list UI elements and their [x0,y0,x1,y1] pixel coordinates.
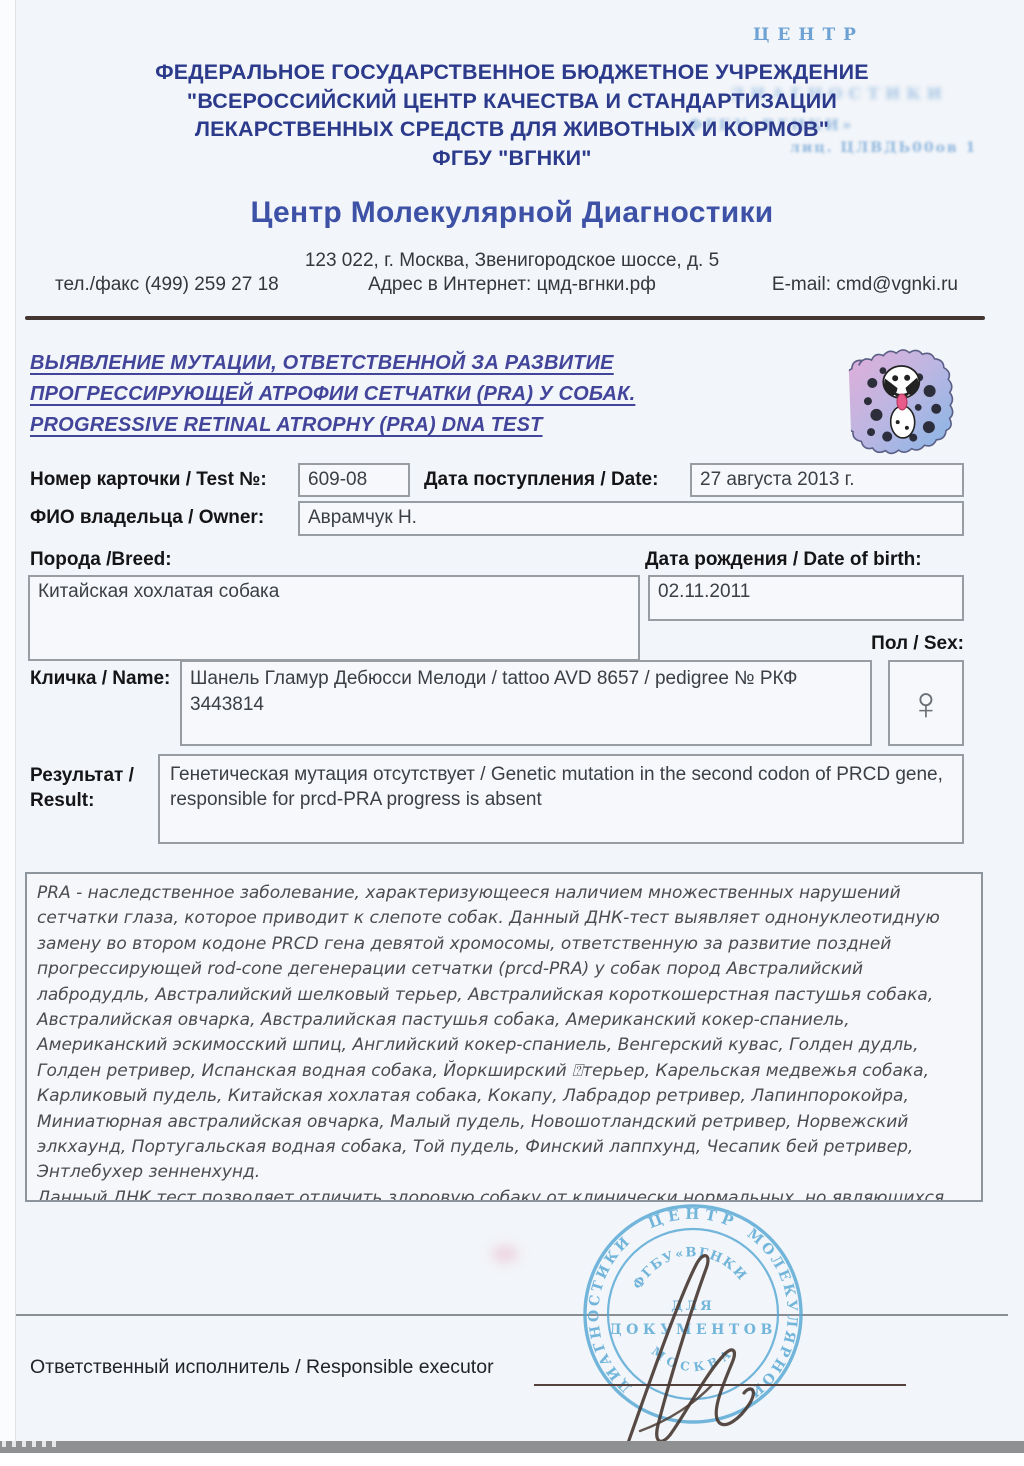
test-number-field: 609-08 [298,463,410,497]
scan-bottom-margin [0,1453,1024,1466]
birth-date-field: 02.11.2011 [648,575,964,621]
date-received-field: 27 августа 2013 г. [690,463,964,497]
org-name-line: "ВСЕРОССИЙСКИЙ ЦЕНТР КАЧЕСТВА И СТАНДАРТ… [40,87,984,116]
birth-date-label: Дата рождения / Date of birth: [645,549,922,571]
result-label-line: Result: [30,788,134,813]
dalmatian-dog-logo [848,346,956,458]
document-title-line: ВЫЯВЛЕНИЕ МУТАЦИИ, ОТВЕТСТВЕННОЙ ЗА РАЗВ… [30,352,830,375]
breed-label: Порода /Breed: [30,549,172,571]
scan-bottom-band [0,1441,1024,1453]
result-label: Результат / Result: [30,763,134,813]
org-name-line: ФГБУ "ВГНКИ" [40,144,984,173]
org-name-line: ФЕДЕРАЛЬНОЕ ГОСУДАРСТВЕННОЕ БЮДЖЕТНОЕ УЧ… [40,58,984,87]
result-field: Генетическая мутация отсутствует / Genet… [158,754,964,844]
corner-stamp-fragment: ЦЕНТР [753,25,864,45]
scanned-certificate-page: ЦЕНТР ДИАГНОСТИКИ ФГБУ«ВГНКИ» лиц. ЦЛВДЬ… [0,0,1024,1466]
scan-smudge [492,1246,518,1262]
result-label-line: Результат / [30,763,134,788]
info-paragraph-1: PRA - наследственное заболевание, характ… [37,881,967,1186]
center-name-title: Центр Молекулярной Диагностики [0,196,1024,230]
info-paragraph-2: Данный ДНК тест позволяет отличить здоро… [37,1186,967,1202]
org-name-line: ЛЕКАРСТВЕННЫХ СРЕДСТВ ДЛЯ ЖИВОТНЫХ И КОР… [40,115,984,144]
document-title-line: ПРОГРЕССИРУЮЩЕЙ АТРОФИИ СЕТЧАТКИ (PRA) У… [30,383,830,406]
sex-label: Пол / Sex: [800,633,964,655]
dog-name-label: Кличка / Name: [30,668,170,690]
scan-bottom-ticks [2,1441,60,1447]
scan-edge-strip [0,0,16,1466]
postal-address: 123 022, г. Москва, Звенигородское шоссе… [0,250,1024,272]
dog-name-field: Шанель Гламур Дебюсси Мелоди / tattoo AV… [180,660,872,746]
handwritten-signature [600,1235,900,1450]
info-paragraph-box: PRA - наследственное заболевание, характ… [25,872,983,1202]
responsible-executor-label: Ответственный исполнитель / Responsible … [30,1356,494,1379]
female-sex-symbol: ♀ [888,660,964,746]
test-number-label: Номер карточки / Test №: [30,469,267,491]
date-received-label: Дата поступления / Date: [424,469,658,491]
owner-label: ФИО владельца / Owner: [30,507,264,529]
header-divider-rule [25,316,985,320]
document-title-line: PROGRESSIVE RETINAL ATROPHY (PRA) DNA TE… [30,414,830,437]
email: E-mail: cmd@vgnki.ru [772,274,958,296]
owner-field: Аврамчук Н. [298,501,964,536]
organization-header: ФЕДЕРАЛЬНОЕ ГОСУДАРСТВЕННОЕ БЮДЖЕТНОЕ УЧ… [40,58,984,172]
breed-field: Китайская хохлатая собака [28,575,640,661]
